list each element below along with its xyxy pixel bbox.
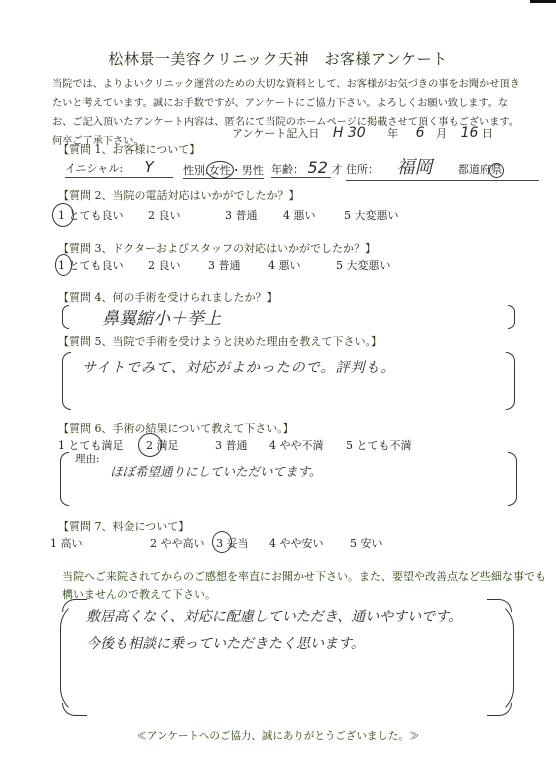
- q6-option-5[interactable]: 5 とても不満: [346, 437, 412, 453]
- initial-label: イニシャル:: [65, 162, 123, 175]
- comments-box-corner-br: [487, 703, 512, 716]
- day-unit: 日: [482, 127, 493, 140]
- selection-circle: [55, 254, 72, 276]
- month-unit: 月: [436, 127, 447, 140]
- age-unit: 才: [331, 163, 342, 176]
- address-unit: 都道府県: [458, 163, 502, 176]
- q4-answer[interactable]: 鼻翼縮小＋挙上: [102, 304, 221, 329]
- q1-gender-field: 性別:女性・男性: [183, 162, 264, 178]
- survey-date: アンケート記入日 H 30 年 6 月 16 日: [232, 125, 493, 141]
- q5-answer[interactable]: サイトでみて、対応がよかったので。評判も。: [82, 357, 395, 377]
- selection-circle: [52, 203, 74, 227]
- q6-heading: 【質問 6、手術の結果について教えて下さい。】: [58, 420, 294, 436]
- q6-bracket-left: [60, 452, 69, 506]
- selection-circle: [212, 531, 232, 553]
- q6-bracket-right: [508, 452, 517, 506]
- page-title: 松林景一美容クリニック天神 お客様アンケート: [0, 48, 556, 69]
- q3-heading: 【質問 3、ドクターおよびスタッフの対応はいかがでしたか？】: [58, 240, 376, 256]
- q2-option-3[interactable]: 3 普通: [225, 207, 258, 223]
- initial-value[interactable]: Y: [145, 158, 154, 176]
- date-month: 6: [416, 125, 425, 141]
- comments-answer-line2[interactable]: 今後も相談に乗っていただきたく思います。: [86, 633, 365, 653]
- q6-option-4[interactable]: 4 やや不満: [269, 437, 324, 453]
- q2-option-5[interactable]: 5 大変悪い: [344, 207, 399, 223]
- q4-bracket-left: [62, 305, 69, 329]
- date-label: アンケート記入日: [232, 127, 319, 140]
- q5-bracket-left: [62, 352, 71, 410]
- comments-answer-line1[interactable]: 敷居高くなく、対応に配慮していただき、通いやすいです。: [86, 606, 462, 626]
- q3-option-4[interactable]: 4 悪い: [268, 257, 301, 273]
- q3-option-2[interactable]: 2 良い: [148, 257, 181, 273]
- gender-label: 性別:: [183, 164, 209, 177]
- address-label: 住所：: [346, 163, 379, 176]
- q7-heading: 【質問 7、料金について】: [58, 518, 189, 534]
- q3-option-5[interactable]: 5 大変悪い: [336, 257, 391, 273]
- comments-box-corner-tr: [487, 599, 512, 612]
- q6-reason[interactable]: ほぼ希望通りにしていただいてます。: [110, 462, 322, 480]
- q1-address-field: 住所： 福岡 都道府県: [346, 153, 539, 181]
- q1-age-field: 年齢： 52 才: [271, 158, 342, 177]
- comments-prompt-line1: 当院へご来院されてからのご感想を率直にお聞かせ下さい。また、要望や改善点など些細…: [62, 568, 546, 584]
- selection-circle: [206, 161, 234, 179]
- q2-heading: 【質問 2、当院の電話対応はいかがでしたか？】: [58, 187, 300, 203]
- q5-bracket-right: [506, 352, 515, 410]
- q7-option-4[interactable]: 4 やや安い: [269, 535, 324, 551]
- selection-circle: [138, 433, 162, 457]
- age-value[interactable]: 52: [308, 158, 328, 177]
- q6-option-3[interactable]: 3 普通: [215, 437, 248, 453]
- q3-option-3[interactable]: 3 普通: [208, 257, 241, 273]
- selection-circle: [489, 163, 504, 178]
- footer-thanks: ≪アンケートへのご協力、誠にありがとうございました。≫: [0, 728, 556, 743]
- comments-box-corner-bl: [62, 703, 87, 716]
- year-unit: 年: [387, 127, 398, 140]
- q4-bracket-right: [508, 305, 515, 329]
- gender-option-female[interactable]: 女性: [209, 164, 231, 177]
- date-era-year: H 30: [333, 125, 366, 141]
- q5-heading: 【質問 5、当院で手術を受けようと決めた理由を教えて下さい。】: [58, 333, 382, 349]
- q2-option-4[interactable]: 4 悪い: [283, 207, 316, 223]
- q4-heading: 【質問 4、何の手術を受けられましたか？】: [58, 289, 278, 305]
- gender-option-male[interactable]: 男性: [242, 164, 264, 177]
- q2-option-2[interactable]: 2 良い: [148, 207, 181, 223]
- q7-option-5[interactable]: 5 安い: [350, 535, 383, 551]
- age-label: 年齢：: [271, 163, 304, 176]
- q1-heading: 【質問 1、お客様について】: [58, 141, 200, 157]
- q1-initial-field: イニシャル: Y: [65, 158, 173, 178]
- q7-option-2[interactable]: 2 やや高い: [150, 535, 205, 551]
- scan-edge-mark: [530, 0, 556, 3]
- address-value[interactable]: 福岡: [397, 157, 433, 178]
- q6-reason-label: 理由:: [75, 451, 100, 466]
- date-day: 16: [461, 125, 479, 141]
- q7-option-1[interactable]: 1 高い: [50, 535, 83, 551]
